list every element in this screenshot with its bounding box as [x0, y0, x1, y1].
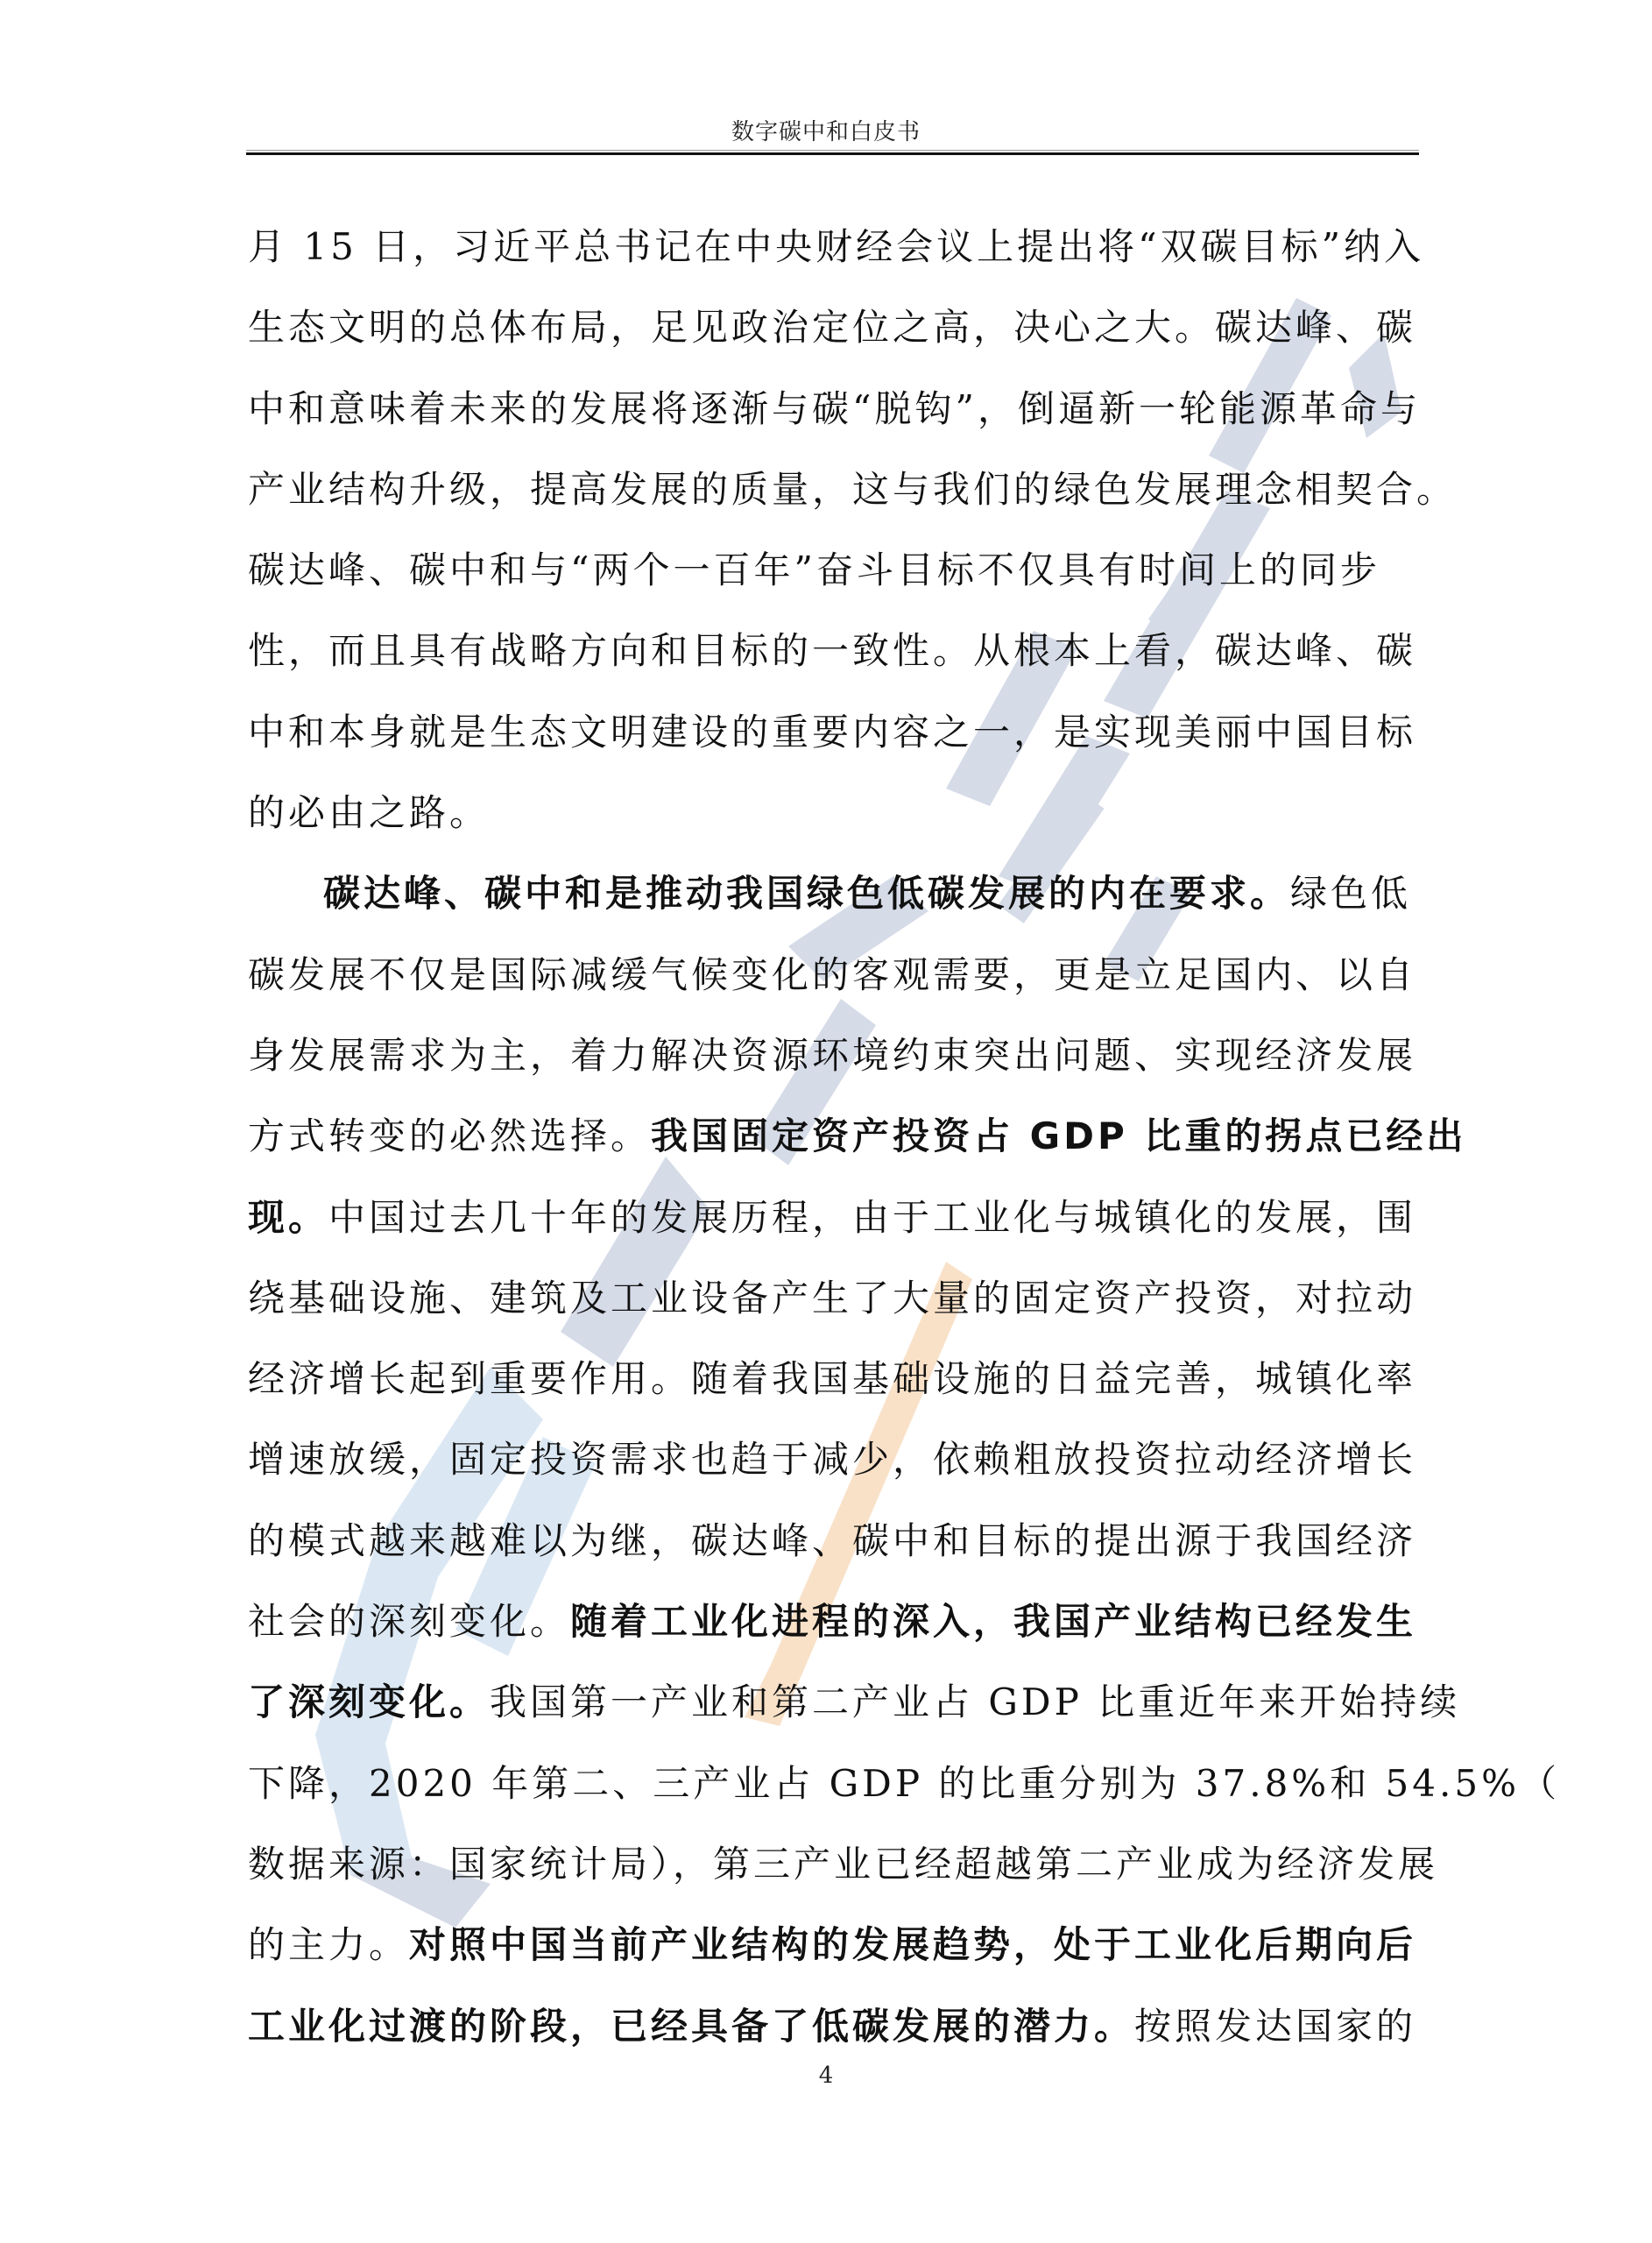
text-line: 产业结构升级，提高发展的质量，这与我们的绿色发展理念相契合。 — [248, 449, 1378, 530]
text-line: 工业化过渡的阶段，已经具备了低碳发展的潜力。按照发达国家的 — [248, 1986, 1378, 2067]
header-rule — [246, 152, 1419, 155]
document-page: 数字碳中和白皮书 月 15 日，习近平总书记在中央财经会议 — [0, 0, 1652, 2243]
text-line: 了深刻变化。我国第一产业和第二产业占 GDP 比重近年来开始持续 — [248, 1662, 1378, 1743]
emphasis-text: 了深刻变化。 — [248, 1680, 490, 1723]
text-line: 身发展需求为主，着力解决资源环境约束突出问题、实现经济发展 — [248, 1015, 1378, 1096]
text-line: 增速放缓，固定投资需求也趋于减少，依赖粗放投资拉动经济增长 — [248, 1419, 1378, 1500]
text-line: 月 15 日，习近平总书记在中央财经会议上提出将“双碳目标”纳入 — [248, 207, 1378, 287]
running-header-title: 数字碳中和白皮书 — [0, 114, 1652, 146]
text-line: 社会的深刻变化。随着工业化进程的深入，我国产业结构已经发生 — [248, 1581, 1378, 1662]
emphasis-text: 随着工业化进程的深入，我国产业结构已经发生 — [570, 1600, 1416, 1643]
body-paragraphs: 月 15 日，习近平总书记在中央财经会议上提出将“双碳目标”纳入 生态文明的总体… — [248, 207, 1378, 2067]
text-line: 绕基础设施、建筑及工业设备产生了大量的固定资产投资，对拉动 — [248, 1258, 1378, 1339]
text-line: 的必由之路。 — [248, 773, 1378, 853]
text-line: 碳发展不仅是国际减缓气候变化的客观需要，更是立足国内、以自 — [248, 935, 1378, 1015]
text-line: 下降，2020 年第二、三产业占 GDP 的比重分别为 37.8%和 54.5%… — [248, 1744, 1378, 1824]
text-line: 现。中国过去几十年的发展历程，由于工业化与城镇化的发展，围 — [248, 1178, 1378, 1258]
text-line: 的模式越来越难以为继，碳达峰、碳中和目标的提出源于我国经济 — [248, 1501, 1378, 1581]
emphasis-text: 我国固定资产投资占 GDP 比重的拐点已经出 — [651, 1114, 1466, 1157]
text-line: 性，而且具有战略方向和目标的一致性。从根本上看，碳达峰、碳 — [248, 611, 1378, 691]
text-line: 经济增长起到重要作用。随着我国基础设施的日益完善，城镇化率 — [248, 1339, 1378, 1419]
text-line: 生态文明的总体布局，足见政治定位之高，决心之大。碳达峰、碳 — [248, 287, 1378, 368]
text-line: 的主力。对照中国当前产业结构的发展趋势，处于工业化后期向后 — [248, 1905, 1378, 1985]
emphasis-text: 工业化过渡的阶段，已经具备了低碳发展的潜力。 — [248, 2005, 1134, 2048]
text-line: 数据来源：国家统计局），第三产业已经超越第二产业成为经济发展 — [248, 1824, 1378, 1905]
text-line: 方式转变的必然选择。我国固定资产投资占 GDP 比重的拐点已经出 — [248, 1096, 1378, 1177]
emphasis-text: 对照中国当前产业结构的发展趋势，处于工业化后期向后 — [409, 1923, 1416, 1966]
text-line: 中和本身就是生态文明建设的重要内容之一，是实现美丽中国目标 — [248, 692, 1378, 773]
text-line: 碳达峰、碳中和与“两个一百年”奋斗目标不仅具有时间上的同步 — [248, 530, 1378, 611]
emphasis-text: 碳达峰、碳中和是推动我国绿色低碳发展的内在要求。 — [323, 872, 1290, 915]
text-line: 中和意味着未来的发展将逐渐与碳“脱钩”，倒逼新一轮能源革命与 — [248, 369, 1378, 449]
text-line-paragraph-start: 碳达峰、碳中和是推动我国绿色低碳发展的内在要求。绿色低 — [248, 853, 1378, 934]
header-rule-thin — [246, 150, 1419, 151]
emphasis-text: 现。 — [248, 1196, 328, 1239]
